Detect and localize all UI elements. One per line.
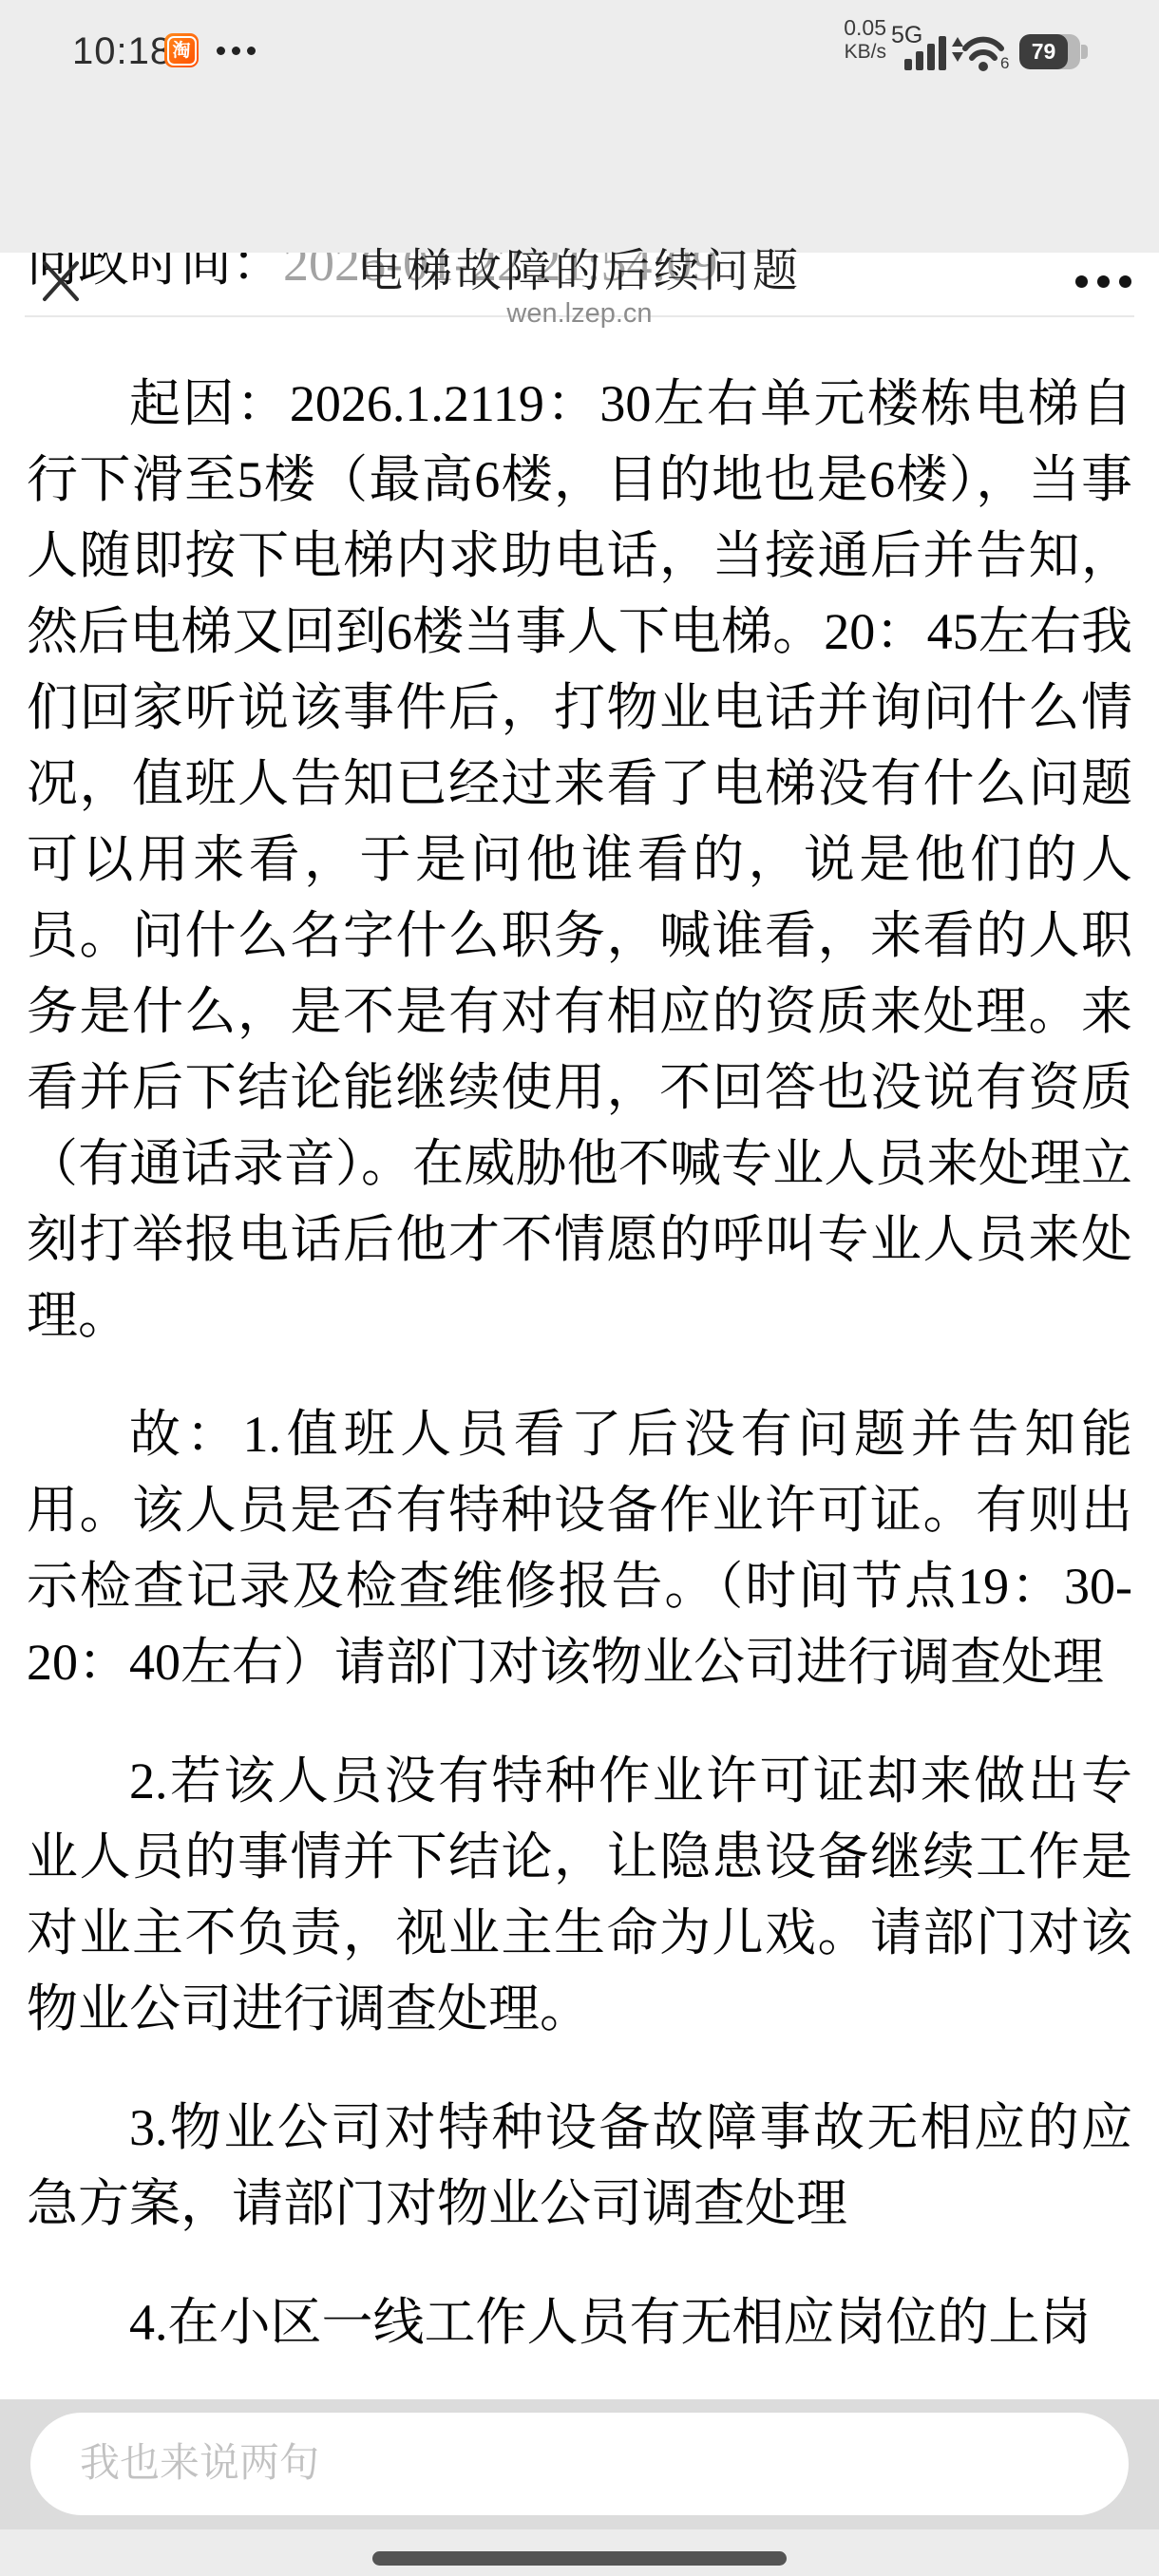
taobao-app-icon: 淘 <box>164 33 199 67</box>
network-speed: 0.05 KB/s <box>803 16 886 63</box>
paragraph-demand-1: 故：1.值班人员看了后没有问题并告知能用。该人员是否有特种设备作业许可证。有则出… <box>27 1396 1132 1700</box>
comment-bar <box>0 2399 1159 2529</box>
signal-bars-icon <box>904 34 948 70</box>
wifi-icon <box>950 31 1005 71</box>
article-body: 起因：2026.1.2119：30左右单元楼栋电梯自行下滑至5楼（最高6楼，目的… <box>27 366 1132 2403</box>
battery-percent: 79 <box>1019 34 1068 69</box>
paragraph-demand-4: 4.在小区一线工作人员有无相应岗位的上岗 <box>27 2284 1132 2360</box>
notification-dots-icon <box>217 47 256 55</box>
status-time: 10:18 <box>72 30 172 73</box>
home-indicator[interactable] <box>372 2551 787 2566</box>
comment-input[interactable] <box>30 2413 1129 2515</box>
top-chrome: 10:18 淘 0.05 KB/s 5G <box>0 0 1159 253</box>
wifi-standard-label: 6 <box>1000 54 1009 73</box>
paragraph-demand-3: 3.物业公司对特种设备故障事故无相应的应急方案，请部门对物业公司调查处理 <box>27 2090 1132 2242</box>
battery-nub <box>1081 45 1088 59</box>
more-menu-icon[interactable] <box>1075 275 1131 288</box>
nav-header: 电梯故障的后续问题 wen.lzep.cn <box>0 95 1159 253</box>
battery-indicator: 79 <box>1019 34 1088 69</box>
paragraph-cause: 起因：2026.1.2119：30左右单元楼栋电梯自行下滑至5楼（最高6楼，目的… <box>27 366 1132 1354</box>
speed-unit: KB/s <box>803 41 886 64</box>
speed-value: 0.05 <box>803 16 886 41</box>
paragraph-demand-2: 2.若该人员没有特种作业许可证却来做出专业人员的事情并下结论，让隐患设备继续工作… <box>27 1743 1132 2047</box>
page-title: 电梯故障的后续问题 <box>0 234 1159 299</box>
taobao-glyph: 淘 <box>167 36 197 66</box>
gesture-nav-strip <box>0 2529 1159 2576</box>
article-content: 问政时间：2026-01-22 21:54:09 起因：2026.1.2119：… <box>0 0 1159 2576</box>
battery-body: 79 <box>1019 34 1080 69</box>
page-source-url: wen.lzep.cn <box>0 298 1159 330</box>
status-bar: 10:18 淘 0.05 KB/s 5G <box>0 0 1159 95</box>
wechat-article-screen: 问政时间：2026-01-22 21:54:09 起因：2026.1.2119：… <box>0 0 1159 2576</box>
